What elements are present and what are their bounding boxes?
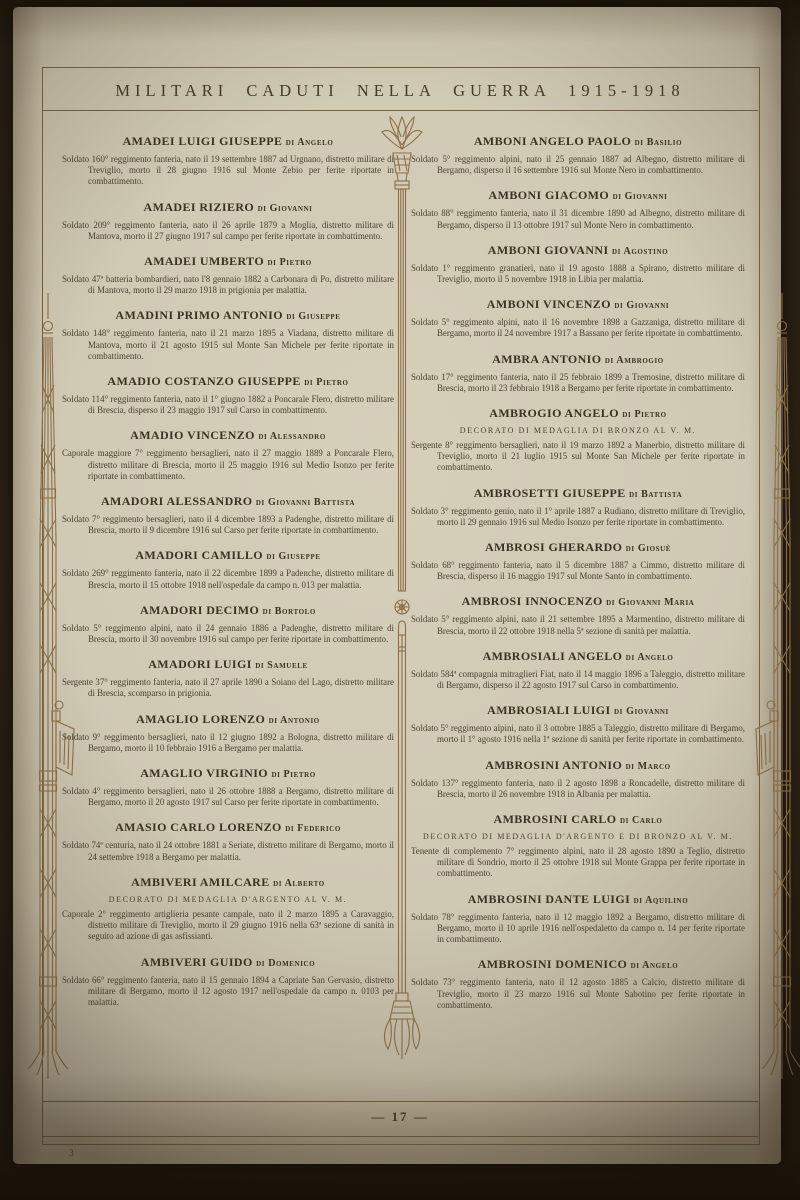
entry-body: Soldato 68° reggimento fanteria, nato il… — [411, 560, 745, 582]
soldier-entry: AMBROSI INNOCENZO di Giovanni Maria Sold… — [411, 594, 745, 636]
entry-body: Soldato 73° reggimento fanteria, nato il… — [411, 977, 745, 1011]
soldier-entry: AMBIVERI AMILCARE di Alberto DECORATO DI… — [62, 875, 394, 943]
entry-name: AMADINI PRIMO ANTONIO di Giuseppe — [62, 308, 394, 323]
entry-body: Caporale maggiore 7° reggimento bersagli… — [62, 448, 394, 482]
entry-filiation: di Giosuè — [626, 543, 671, 554]
entry-surname-names: AMBONI GIACOMO — [489, 188, 610, 202]
soldier-entry: AMBRA ANTONIO di Ambrogio Soldato 17° re… — [411, 352, 745, 394]
entry-body: Soldato 137° reggimento fanteria, nato i… — [411, 778, 745, 800]
soldier-entry: AMADEI LUIGI GIUSEPPE di Angelo Soldato … — [62, 134, 394, 188]
entry-surname-names: AMBROSINI DANTE LUIGI — [468, 892, 630, 906]
entry-body: Soldato 1° reggimento granatieri, nato i… — [411, 263, 745, 285]
entry-surname-names: AMBROSINI DOMENICO — [478, 957, 628, 971]
soldier-entry: AMBROGIO ANGELO di Pietro DECORATO DI ME… — [411, 406, 745, 474]
entry-surname-names: AMAGLIO VIRGINIO — [140, 766, 268, 780]
entry-name: AMBONI GIOVANNI di Agostino — [411, 243, 745, 258]
entry-filiation: di Domenico — [256, 958, 315, 969]
soldier-entry: AMBROSIALI ANGELO di Angelo Soldato 584ª… — [411, 649, 745, 691]
entry-body: Soldato 5° reggimento alpini, nato il 25… — [411, 154, 745, 176]
soldier-entry: AMASIO CARLO LORENZO di Federico Soldato… — [62, 820, 394, 862]
entry-name: AMADIO VINCENZO di Alessandro — [62, 428, 394, 443]
fasces-left-ornament — [19, 293, 77, 1093]
entry-filiation: di Alberto — [273, 878, 325, 889]
soldier-entry: AMBIVERI GUIDO di Domenico Soldato 66° r… — [62, 955, 394, 1009]
entry-name: AMAGLIO VIRGINIO di Pietro — [62, 766, 394, 781]
entry-name: AMADORI DECIMO di Bortolo — [62, 603, 394, 618]
entry-body: Soldato 88° reggimento fanteria, nato il… — [411, 208, 745, 230]
soldier-entry: AMADORI LUIGI di Samuele Sergente 37° re… — [62, 657, 394, 699]
soldier-entry: AMBONI GIOVANNI di Agostino Soldato 1° r… — [411, 243, 745, 285]
entry-filiation: di Antonio — [269, 715, 320, 726]
entry-name: AMBROGIO ANGELO di Pietro — [411, 406, 745, 421]
footer-rule-bottom — [42, 1136, 758, 1137]
entry-body: Soldato 5° reggimento alpini, nato il 3 … — [411, 723, 745, 745]
soldier-entry: AMADEI RIZIERO di Giovanni Soldato 209° … — [62, 200, 394, 242]
entry-surname-names: AMADINI PRIMO ANTONIO — [115, 308, 283, 322]
entry-surname-names: AMBIVERI AMILCARE — [131, 875, 269, 889]
right-column: AMBONI ANGELO PAOLO di Basilio Soldato 5… — [411, 134, 745, 1098]
entry-filiation: di Angelo — [631, 960, 679, 971]
entry-surname-names: AMBROSI GHERARDO — [485, 540, 622, 554]
entry-body: Soldato 5° reggimento alpini, nato il 16… — [411, 317, 745, 339]
soldier-entry: AMBONI VINCENZO di Giovanni Soldato 5° r… — [411, 297, 745, 339]
entry-body: Soldato 9° reggimento bersaglieri, nato … — [62, 732, 394, 754]
entry-name: AMBROSINI DOMENICO di Angelo — [411, 957, 745, 972]
entry-name: AMBROSIALI ANGELO di Angelo — [411, 649, 745, 664]
entry-surname-names: AMBONI VINCENZO — [487, 297, 611, 311]
entry-surname-names: AMBROSINI ANTONIO — [485, 758, 622, 772]
entry-filiation: di Giovanni Maria — [606, 597, 694, 608]
entry-surname-names: AMBRA ANTONIO — [492, 352, 601, 366]
soldier-entry: AMADINI PRIMO ANTONIO di Giuseppe Soldat… — [62, 308, 394, 362]
entry-filiation: di Basilio — [635, 137, 682, 148]
soldier-entry: AMBROSINI CARLO di Carlo DECORATO DI MED… — [411, 812, 745, 880]
entry-surname-names: AMADEI LUIGI GIUSEPPE — [123, 134, 283, 148]
header-rule — [42, 110, 758, 111]
soldier-entry: AMADORI ALESSANDRO di Giovanni Battista … — [62, 494, 394, 536]
entry-filiation: di Aquilino — [634, 895, 689, 906]
entry-body: Soldato 66° reggimento fanteria, nato il… — [62, 975, 394, 1009]
entry-surname-names: AMBROSETTI GIUSEPPE — [474, 486, 626, 500]
entry-filiation: di Federico — [285, 823, 341, 834]
entry-filiation: di Giovanni — [614, 706, 669, 717]
entry-filiation: di Angelo — [286, 137, 334, 148]
entry-body: Soldato 47ª batteria bombardieri, nato l… — [62, 274, 394, 296]
entry-name: AMADEI LUIGI GIUSEPPE di Angelo — [62, 134, 394, 149]
flame-icon — [382, 117, 422, 149]
entry-name: AMBROSI GHERARDO di Giosuè — [411, 540, 745, 555]
entry-surname-names: AMBROSIALI LUIGI — [487, 703, 610, 717]
entry-filiation: di Alessandro — [258, 431, 326, 442]
entry-body: Soldato 3° reggimento genio, nato il 1° … — [411, 506, 745, 528]
entry-name: AMBROSI INNOCENZO di Giovanni Maria — [411, 594, 745, 609]
entry-filiation: di Giuseppe — [266, 551, 320, 562]
entry-filiation: di Carlo — [620, 815, 663, 826]
entry-filiation: di Giovanni — [258, 203, 313, 214]
soldier-entry: AMBONI GIACOMO di Giovanni Soldato 88° r… — [411, 188, 745, 230]
entry-body: Soldato 78° reggimento fanteria, nato il… — [411, 912, 745, 946]
soldier-entry: AMBROSETTI GIUSEPPE di Battista Soldato … — [411, 486, 745, 528]
entry-name: AMBROSINI CARLO di Carlo — [411, 812, 745, 827]
entry-surname-names: AMADORI LUIGI — [148, 657, 252, 671]
page-number: — 17 — — [42, 1109, 758, 1125]
entry-body: Soldato 74ª centuria, nato il 24 ottobre… — [62, 840, 394, 862]
entry-surname-names: AMADEI UMBERTO — [144, 254, 264, 268]
entry-filiation: di Giovanni Battista — [256, 497, 355, 508]
entry-surname-names: AMADORI DECIMO — [140, 603, 259, 617]
entry-name: AMADEI RIZIERO di Giovanni — [62, 200, 394, 215]
entry-body: Soldato 209° reggimento fanteria, nato i… — [62, 220, 394, 242]
entry-name: AMBROSINI DANTE LUIGI di Aquilino — [411, 892, 745, 907]
entry-filiation: di Bortolo — [263, 606, 316, 617]
soldier-entry: AMBROSI GHERARDO di Giosuè Soldato 68° r… — [411, 540, 745, 582]
entry-name: AMBROSETTI GIUSEPPE di Battista — [411, 486, 745, 501]
entry-filiation: di Samuele — [255, 660, 308, 671]
entry-name: AMADORI LUIGI di Samuele — [62, 657, 394, 672]
entry-filiation: di Battista — [629, 489, 682, 500]
left-column: AMADEI LUIGI GIUSEPPE di Angelo Soldato … — [62, 134, 394, 1098]
footer-rule-top — [42, 1101, 758, 1102]
entry-surname-names: AMBONI GIOVANNI — [488, 243, 609, 257]
entry-surname-names: AMADORI ALESSANDRO — [101, 494, 253, 508]
entry-body: Soldato 4° reggimento bersaglieri, nato … — [62, 786, 394, 808]
entry-filiation: di Pietro — [622, 409, 666, 420]
entry-surname-names: AMADIO COSTANZO GIUSEPPE — [107, 374, 300, 388]
soldier-entry: AMADIO COSTANZO GIUSEPPE di Pietro Solda… — [62, 374, 394, 416]
entry-surname-names: AMBONI ANGELO PAOLO — [474, 134, 631, 148]
entry-name: AMADORI ALESSANDRO di Giovanni Battista — [62, 494, 394, 509]
entry-filiation: di Ambrogio — [605, 355, 664, 366]
entry-body: Soldato 5° reggimento alpini, nato il 21… — [411, 614, 745, 636]
entry-body: Soldato 7° reggimento bersaglieri, nato … — [62, 514, 394, 536]
entry-name: AMASIO CARLO LORENZO di Federico — [62, 820, 394, 835]
entry-surname-names: AMADIO VINCENZO — [130, 428, 255, 442]
soldier-entry: AMADEI UMBERTO di Pietro Soldato 47ª bat… — [62, 254, 394, 296]
entry-filiation: di Agostino — [612, 246, 668, 257]
entry-medal-citation: DECORATO DI MEDAGLIA DI BRONZO AL V. M. — [411, 426, 745, 435]
entry-name: AMBROSIALI LUIGI di Giovanni — [411, 703, 745, 718]
entry-surname-names: AMBROGIO ANGELO — [489, 406, 619, 420]
entry-surname-names: AMADORI CAMILLO — [135, 548, 263, 562]
entry-surname-names: AMBROSINI CARLO — [494, 812, 617, 826]
torch-divider-ornament — [380, 113, 424, 1065]
entry-filiation: di Giovanni — [614, 300, 669, 311]
soldier-entry: AMBROSIALI LUIGI di Giovanni Soldato 5° … — [411, 703, 745, 745]
entry-name: AMBROSINI ANTONIO di Marco — [411, 758, 745, 773]
entry-name: AMADEI UMBERTO di Pietro — [62, 254, 394, 269]
entry-name: AMBIVERI AMILCARE di Alberto — [62, 875, 394, 890]
entry-surname-names: AMBIVERI GUIDO — [141, 955, 253, 969]
entry-surname-names: AMBROSIALI ANGELO — [483, 649, 623, 663]
entry-name: AMBIVERI GUIDO di Domenico — [62, 955, 394, 970]
entry-body: Soldato 269° reggimento fanteria, nato i… — [62, 568, 394, 590]
soldier-entry: AMBROSINI ANTONIO di Marco Soldato 137° … — [411, 758, 745, 800]
entry-body: Sergente 8° reggimento bersaglieri, nato… — [411, 440, 745, 474]
soldier-entry: AMADORI DECIMO di Bortolo Soldato 5° reg… — [62, 603, 394, 645]
entry-body: Soldato 160° reggimento fanteria, nato i… — [62, 154, 394, 188]
entry-body: Sergente 37° reggimento fanteria, nato i… — [62, 677, 394, 699]
entry-name: AMADORI CAMILLO di Giuseppe — [62, 548, 394, 563]
entry-filiation: di Pietro — [304, 377, 348, 388]
fasces-right-ornament — [753, 293, 800, 1093]
entry-filiation: di Pietro — [271, 769, 315, 780]
entry-medal-citation: DECORATO DI MEDAGLIA D'ARGENTO AL V. M. — [62, 895, 394, 904]
entry-name: AMBONI ANGELO PAOLO di Basilio — [411, 134, 745, 149]
soldier-entry: AMAGLIO VIRGINIO di Pietro Soldato 4° re… — [62, 766, 394, 808]
entry-surname-names: AMAGLIO LORENZO — [136, 712, 265, 726]
entry-filiation: di Marco — [626, 761, 671, 772]
entry-surname-names: AMBROSI INNOCENZO — [462, 594, 603, 608]
entry-surname-names: AMASIO CARLO LORENZO — [115, 820, 282, 834]
entry-body: Caporale 2° reggimento artiglieria pesan… — [62, 909, 394, 943]
entry-medal-citation: DECORATO DI MEDAGLIA D'ARGENTO E DI BRON… — [411, 832, 745, 841]
soldier-entry: AMBONI ANGELO PAOLO di Basilio Soldato 5… — [411, 134, 745, 176]
soldier-entry: AMADIO VINCENZO di Alessandro Caporale m… — [62, 428, 394, 482]
book-page: MILITARI CADUTI NELLA GUERRA 1915-1918 — [13, 7, 781, 1164]
entry-body: Soldato 5° reggimento alpini, nato il 24… — [62, 623, 394, 645]
entry-name: AMAGLIO LORENZO di Antonio — [62, 712, 394, 727]
entry-name: AMBONI GIACOMO di Giovanni — [411, 188, 745, 203]
entry-body: Soldato 148° reggimento fanteria, nato i… — [62, 328, 394, 362]
entry-body: Soldato 114° reggimento fanteria, nato i… — [62, 394, 394, 416]
entry-filiation: di Giovanni — [613, 191, 668, 202]
entry-surname-names: AMADEI RIZIERO — [144, 200, 255, 214]
entry-name: AMADIO COSTANZO GIUSEPPE di Pietro — [62, 374, 394, 389]
page-title: MILITARI CADUTI NELLA GUERRA 1915-1918 — [42, 81, 758, 101]
soldier-entry: AMBROSINI DANTE LUIGI di Aquilino Soldat… — [411, 892, 745, 946]
soldier-entry: AMAGLIO LORENZO di Antonio Soldato 9° re… — [62, 712, 394, 754]
entry-filiation: di Giuseppe — [286, 311, 340, 322]
entry-name: AMBONI VINCENZO di Giovanni — [411, 297, 745, 312]
entry-name: AMBRA ANTONIO di Ambrogio — [411, 352, 745, 367]
entry-body: Soldato 17° reggimento fanteria, nato il… — [411, 372, 745, 394]
entry-filiation: di Angelo — [626, 652, 674, 663]
soldier-entry: AMADORI CAMILLO di Giuseppe Soldato 269°… — [62, 548, 394, 590]
entry-body: Soldato 584ª compagnia mitraglieri Fiat,… — [411, 669, 745, 691]
rosette-icon — [395, 600, 409, 614]
soldier-entry: AMBROSINI DOMENICO di Angelo Soldato 73°… — [411, 957, 745, 1011]
entry-filiation: di Pietro — [268, 257, 312, 268]
print-mark: 3 — [69, 1149, 74, 1159]
entry-body: Tenente di complemento 7° reggimento alp… — [411, 846, 745, 880]
